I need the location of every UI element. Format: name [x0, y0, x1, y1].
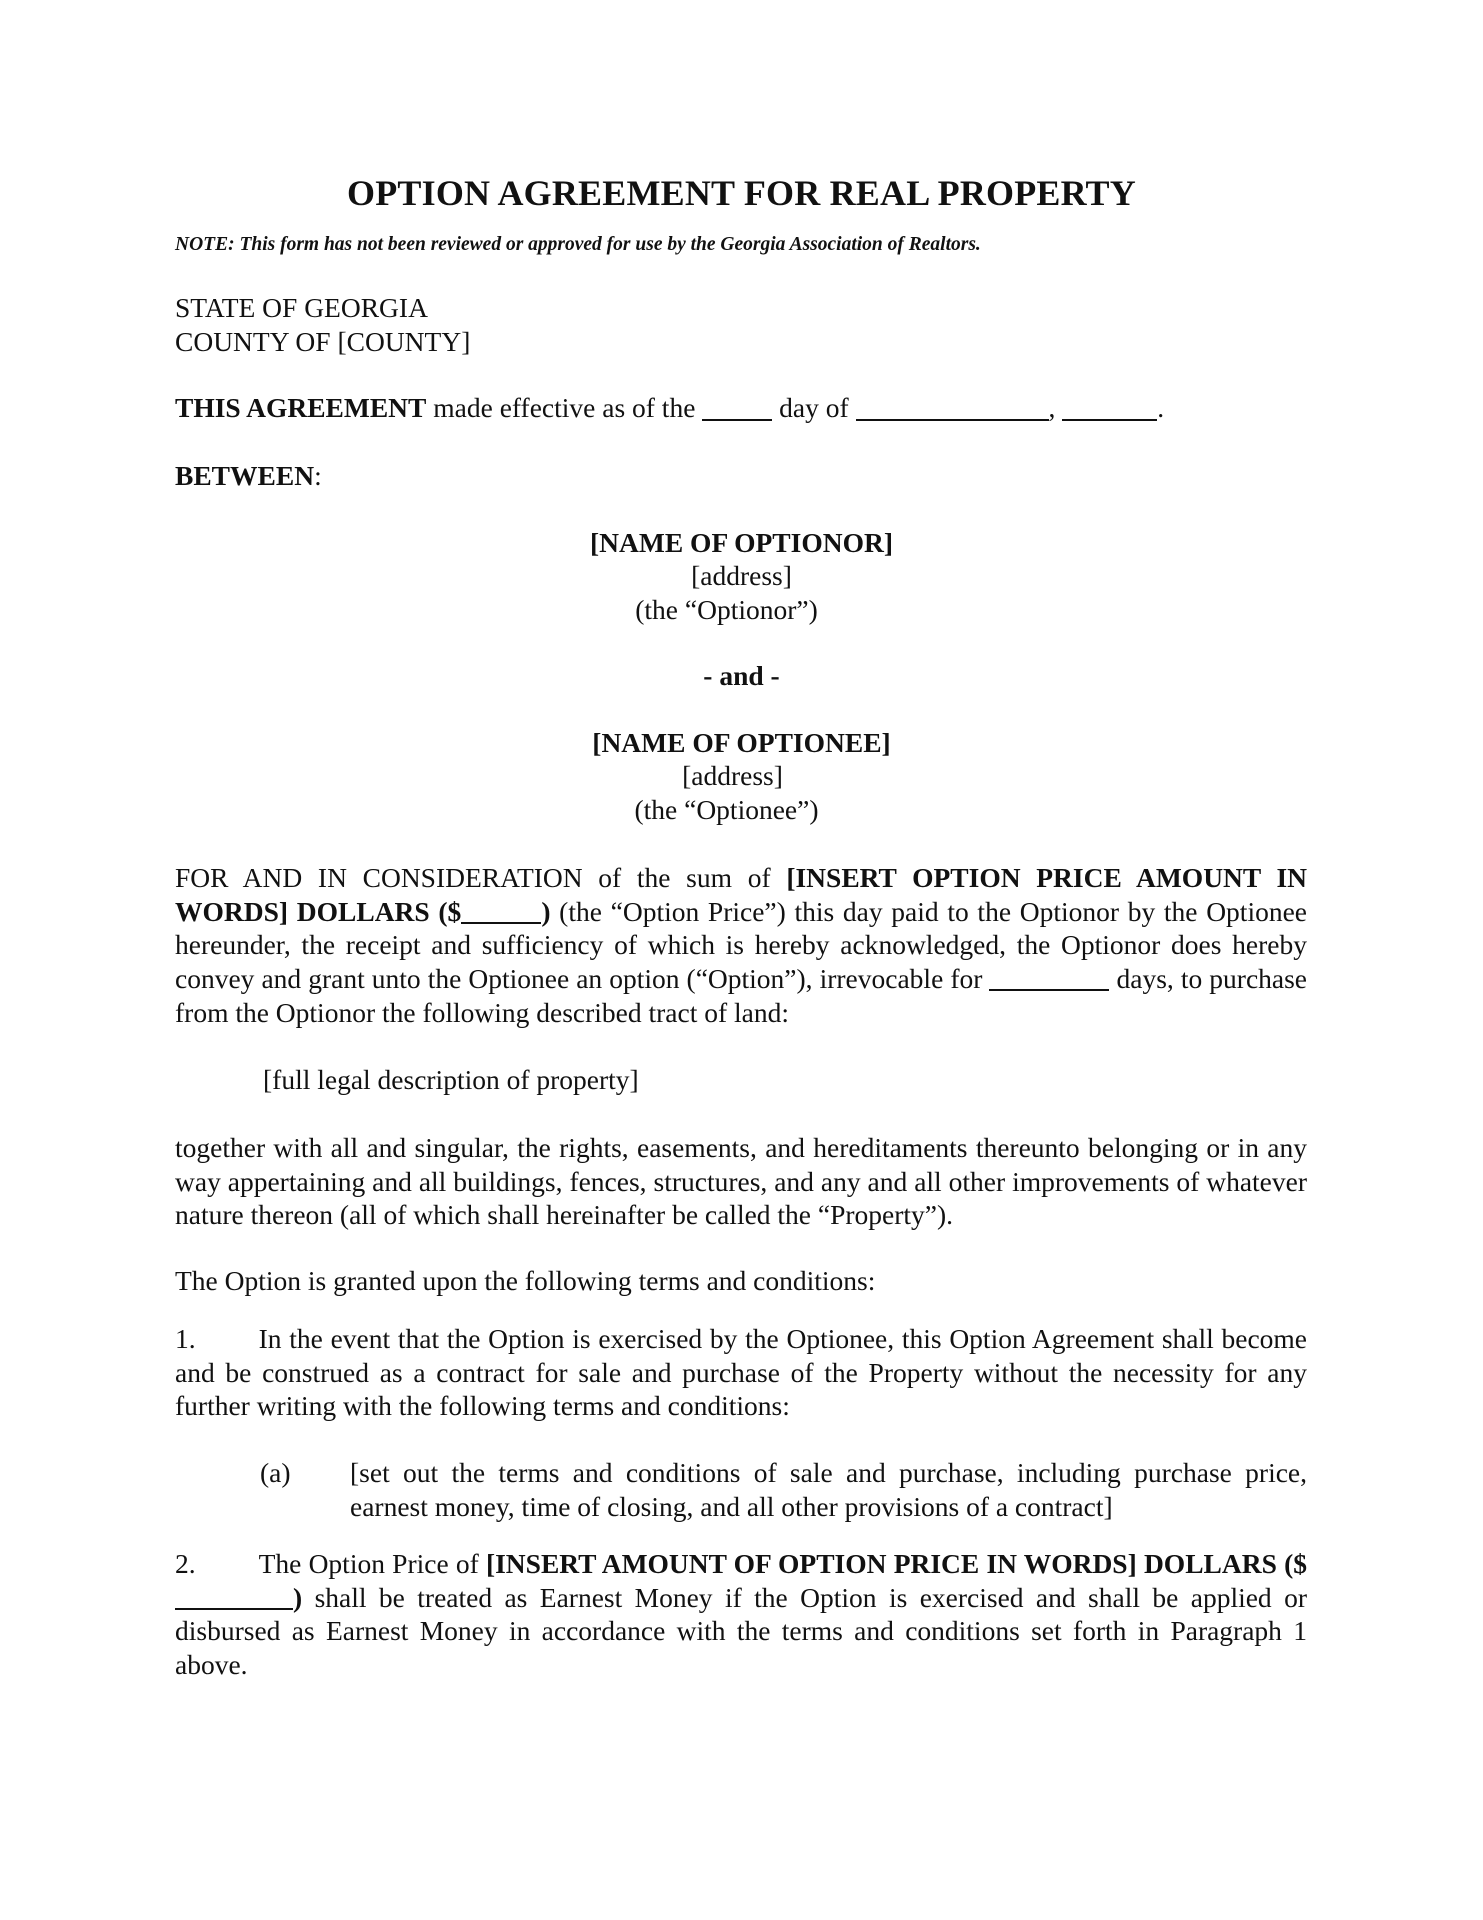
optionee-address: [address] — [0, 759, 1483, 792]
clause-text: In the event that the Option is exercise… — [175, 1323, 1307, 1421]
optionee-block: [NAME OF OPTIONEE] [address] (the “Optio… — [0, 726, 1483, 826]
optionee-definition: (the “Optionee”) — [0, 793, 1483, 826]
disclaimer-note: NOTE: This form has not been reviewed or… — [175, 232, 981, 258]
agreement-text: . — [1157, 392, 1164, 423]
optionor-address: [address] — [0, 559, 1483, 592]
consideration-paragraph: FOR AND IN CONSIDERATION of the sum of [… — [175, 861, 1307, 1029]
state-line: STATE OF GEORGIA — [175, 291, 1307, 325]
day-blank-field[interactable] — [702, 391, 772, 421]
terms-intro: The Option is granted upon the following… — [175, 1264, 1307, 1298]
earnest-amount-blank-field[interactable] — [175, 1581, 293, 1611]
clause-2: 2.The Option Price of [INSERT AMOUNT OF … — [175, 1547, 1307, 1682]
optionor-definition: (the “Optionor”) — [0, 593, 1483, 626]
option-price-blank-field[interactable] — [461, 895, 541, 925]
clause-number: 2. — [175, 1548, 196, 1579]
subclause-label: (a) — [260, 1456, 291, 1490]
clause-text: The Option Price of — [259, 1548, 486, 1579]
and-separator: - and - — [0, 659, 1483, 692]
optionee-name: [NAME OF OPTIONEE] — [0, 726, 1483, 759]
consideration-text: FOR AND IN CONSIDERATION of the sum of — [175, 862, 786, 893]
agreement-text: , — [1049, 392, 1063, 423]
county-line: COUNTY OF [COUNTY] — [175, 325, 1307, 359]
earnest-price-words: [INSERT AMOUNT OF OPTION PRICE IN WORDS]… — [486, 1548, 1307, 1579]
year-blank-field[interactable] — [1062, 391, 1157, 421]
document-title: OPTION AGREEMENT FOR REAL PROPERTY — [0, 170, 1483, 216]
agreement-text: made effective as of the — [426, 392, 702, 423]
between-heading: BETWEEN: — [175, 459, 1307, 493]
agreement-date-line: THIS AGREEMENT made effective as of the … — [175, 391, 1307, 425]
between-label: BETWEEN — [175, 460, 314, 491]
clause-1: 1.In the event that the Option is exerci… — [175, 1322, 1307, 1423]
optionor-name: [NAME OF OPTIONOR] — [0, 526, 1483, 559]
optionor-block: [NAME OF OPTIONOR] [address] (the “Optio… — [0, 526, 1483, 626]
jurisdiction-block: STATE OF GEORGIA COUNTY OF [COUNTY] — [175, 291, 1307, 358]
between-colon: : — [314, 460, 322, 491]
subclause-a: (a) [set out the terms and conditions of… — [175, 1456, 1307, 1523]
option-days-blank-field[interactable] — [989, 962, 1109, 992]
clause-number: 1. — [175, 1323, 196, 1354]
month-blank-field[interactable] — [856, 391, 1049, 421]
agreement-text: day of — [772, 392, 855, 423]
legal-description: [full legal description of property] — [263, 1063, 1307, 1097]
together-clause: together with all and singular, the righ… — [175, 1131, 1307, 1232]
agreement-lead: THIS AGREEMENT — [175, 392, 426, 423]
earnest-price-close: ) — [293, 1582, 302, 1613]
subclause-text: [set out the terms and conditions of sal… — [350, 1456, 1307, 1523]
clause-text: shall be treated as Earnest Money if the… — [175, 1582, 1307, 1680]
